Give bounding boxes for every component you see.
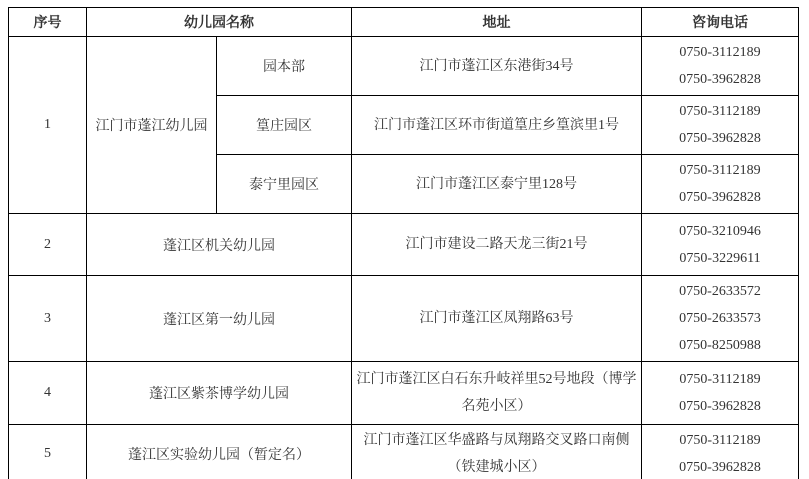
phone-number: 0750-3210946 <box>646 218 794 245</box>
header-index: 序号 <box>9 8 87 37</box>
address-cell: 江门市蓬江区泰宁里128号 <box>352 155 642 214</box>
phone-number: 0750-2633572 <box>646 278 794 305</box>
phone-number: 0750-3112189 <box>646 366 794 393</box>
address-cell: 江门市建设二路天龙三街21号 <box>352 214 642 276</box>
phone-number: 0750-2633573 <box>646 305 794 332</box>
phone-number: 0750-3962828 <box>646 454 794 479</box>
name-cell: 江门市蓬江幼儿园 <box>87 37 217 214</box>
phone-number: 0750-3112189 <box>646 98 794 125</box>
campus-cell: 园本部 <box>217 37 352 96</box>
table-row: 2 蓬江区机关幼儿园 江门市建设二路天龙三街21号 0750-3210946 0… <box>9 214 799 276</box>
header-address: 地址 <box>352 8 642 37</box>
address-cell: 江门市蓬江区白石东升岐祥里52号地段（博学名苑小区） <box>352 362 642 425</box>
phone-number: 0750-3112189 <box>646 39 794 66</box>
phone-number: 0750-3112189 <box>646 427 794 454</box>
index-cell: 4 <box>9 362 87 425</box>
header-phone: 咨询电话 <box>642 8 799 37</box>
phone-number: 0750-3962828 <box>646 66 794 93</box>
page: 序号 幼儿园名称 地址 咨询电话 1 江门市蓬江幼儿园 园本部 江门市蓬江区东港… <box>0 0 809 479</box>
name-cell: 蓬江区机关幼儿园 <box>87 214 352 276</box>
index-cell: 2 <box>9 214 87 276</box>
phone-number: 0750-3962828 <box>646 184 794 211</box>
name-cell: 蓬江区紫茶博学幼儿园 <box>87 362 352 425</box>
index-cell: 1 <box>9 37 87 214</box>
phone-cell: 0750-3210946 0750-3229611 <box>642 214 799 276</box>
phone-number: 0750-3962828 <box>646 393 794 420</box>
table-row: 1 江门市蓬江幼儿园 园本部 江门市蓬江区东港街34号 0750-3112189… <box>9 37 799 96</box>
campus-cell: 篁庄园区 <box>217 96 352 155</box>
name-cell: 蓬江区实验幼儿园（暂定名） <box>87 425 352 479</box>
phone-number: 0750-3962828 <box>646 125 794 152</box>
table-row: 4 蓬江区紫茶博学幼儿园 江门市蓬江区白石东升岐祥里52号地段（博学名苑小区） … <box>9 362 799 425</box>
phone-number: 0750-3112189 <box>646 157 794 184</box>
table-row: 5 蓬江区实验幼儿园（暂定名） 江门市蓬江区华盛路与凤翔路交叉路口南侧（铁建城小… <box>9 425 799 479</box>
phone-number: 0750-8250988 <box>646 332 794 359</box>
address-cell: 江门市蓬江区环市街道篁庄乡篁滨里1号 <box>352 96 642 155</box>
header-name: 幼儿园名称 <box>87 8 352 37</box>
address-cell: 江门市蓬江区华盛路与凤翔路交叉路口南侧（铁建城小区） <box>352 425 642 479</box>
phone-cell: 0750-3112189 0750-3962828 <box>642 96 799 155</box>
index-cell: 3 <box>9 276 87 362</box>
phone-cell: 0750-3112189 0750-3962828 <box>642 425 799 479</box>
phone-cell: 0750-3112189 0750-3962828 <box>642 155 799 214</box>
header-row: 序号 幼儿园名称 地址 咨询电话 <box>9 8 799 37</box>
phone-cell: 0750-3112189 0750-3962828 <box>642 37 799 96</box>
table-row: 3 蓬江区第一幼儿园 江门市蓬江区凤翔路63号 0750-2633572 075… <box>9 276 799 362</box>
phone-cell: 0750-2633572 0750-2633573 0750-8250988 <box>642 276 799 362</box>
kindergarten-table: 序号 幼儿园名称 地址 咨询电话 1 江门市蓬江幼儿园 园本部 江门市蓬江区东港… <box>8 7 799 479</box>
campus-cell: 泰宁里园区 <box>217 155 352 214</box>
phone-number: 0750-3229611 <box>646 245 794 272</box>
address-cell: 江门市蓬江区东港街34号 <box>352 37 642 96</box>
index-cell: 5 <box>9 425 87 479</box>
address-cell: 江门市蓬江区凤翔路63号 <box>352 276 642 362</box>
phone-cell: 0750-3112189 0750-3962828 <box>642 362 799 425</box>
name-cell: 蓬江区第一幼儿园 <box>87 276 352 362</box>
